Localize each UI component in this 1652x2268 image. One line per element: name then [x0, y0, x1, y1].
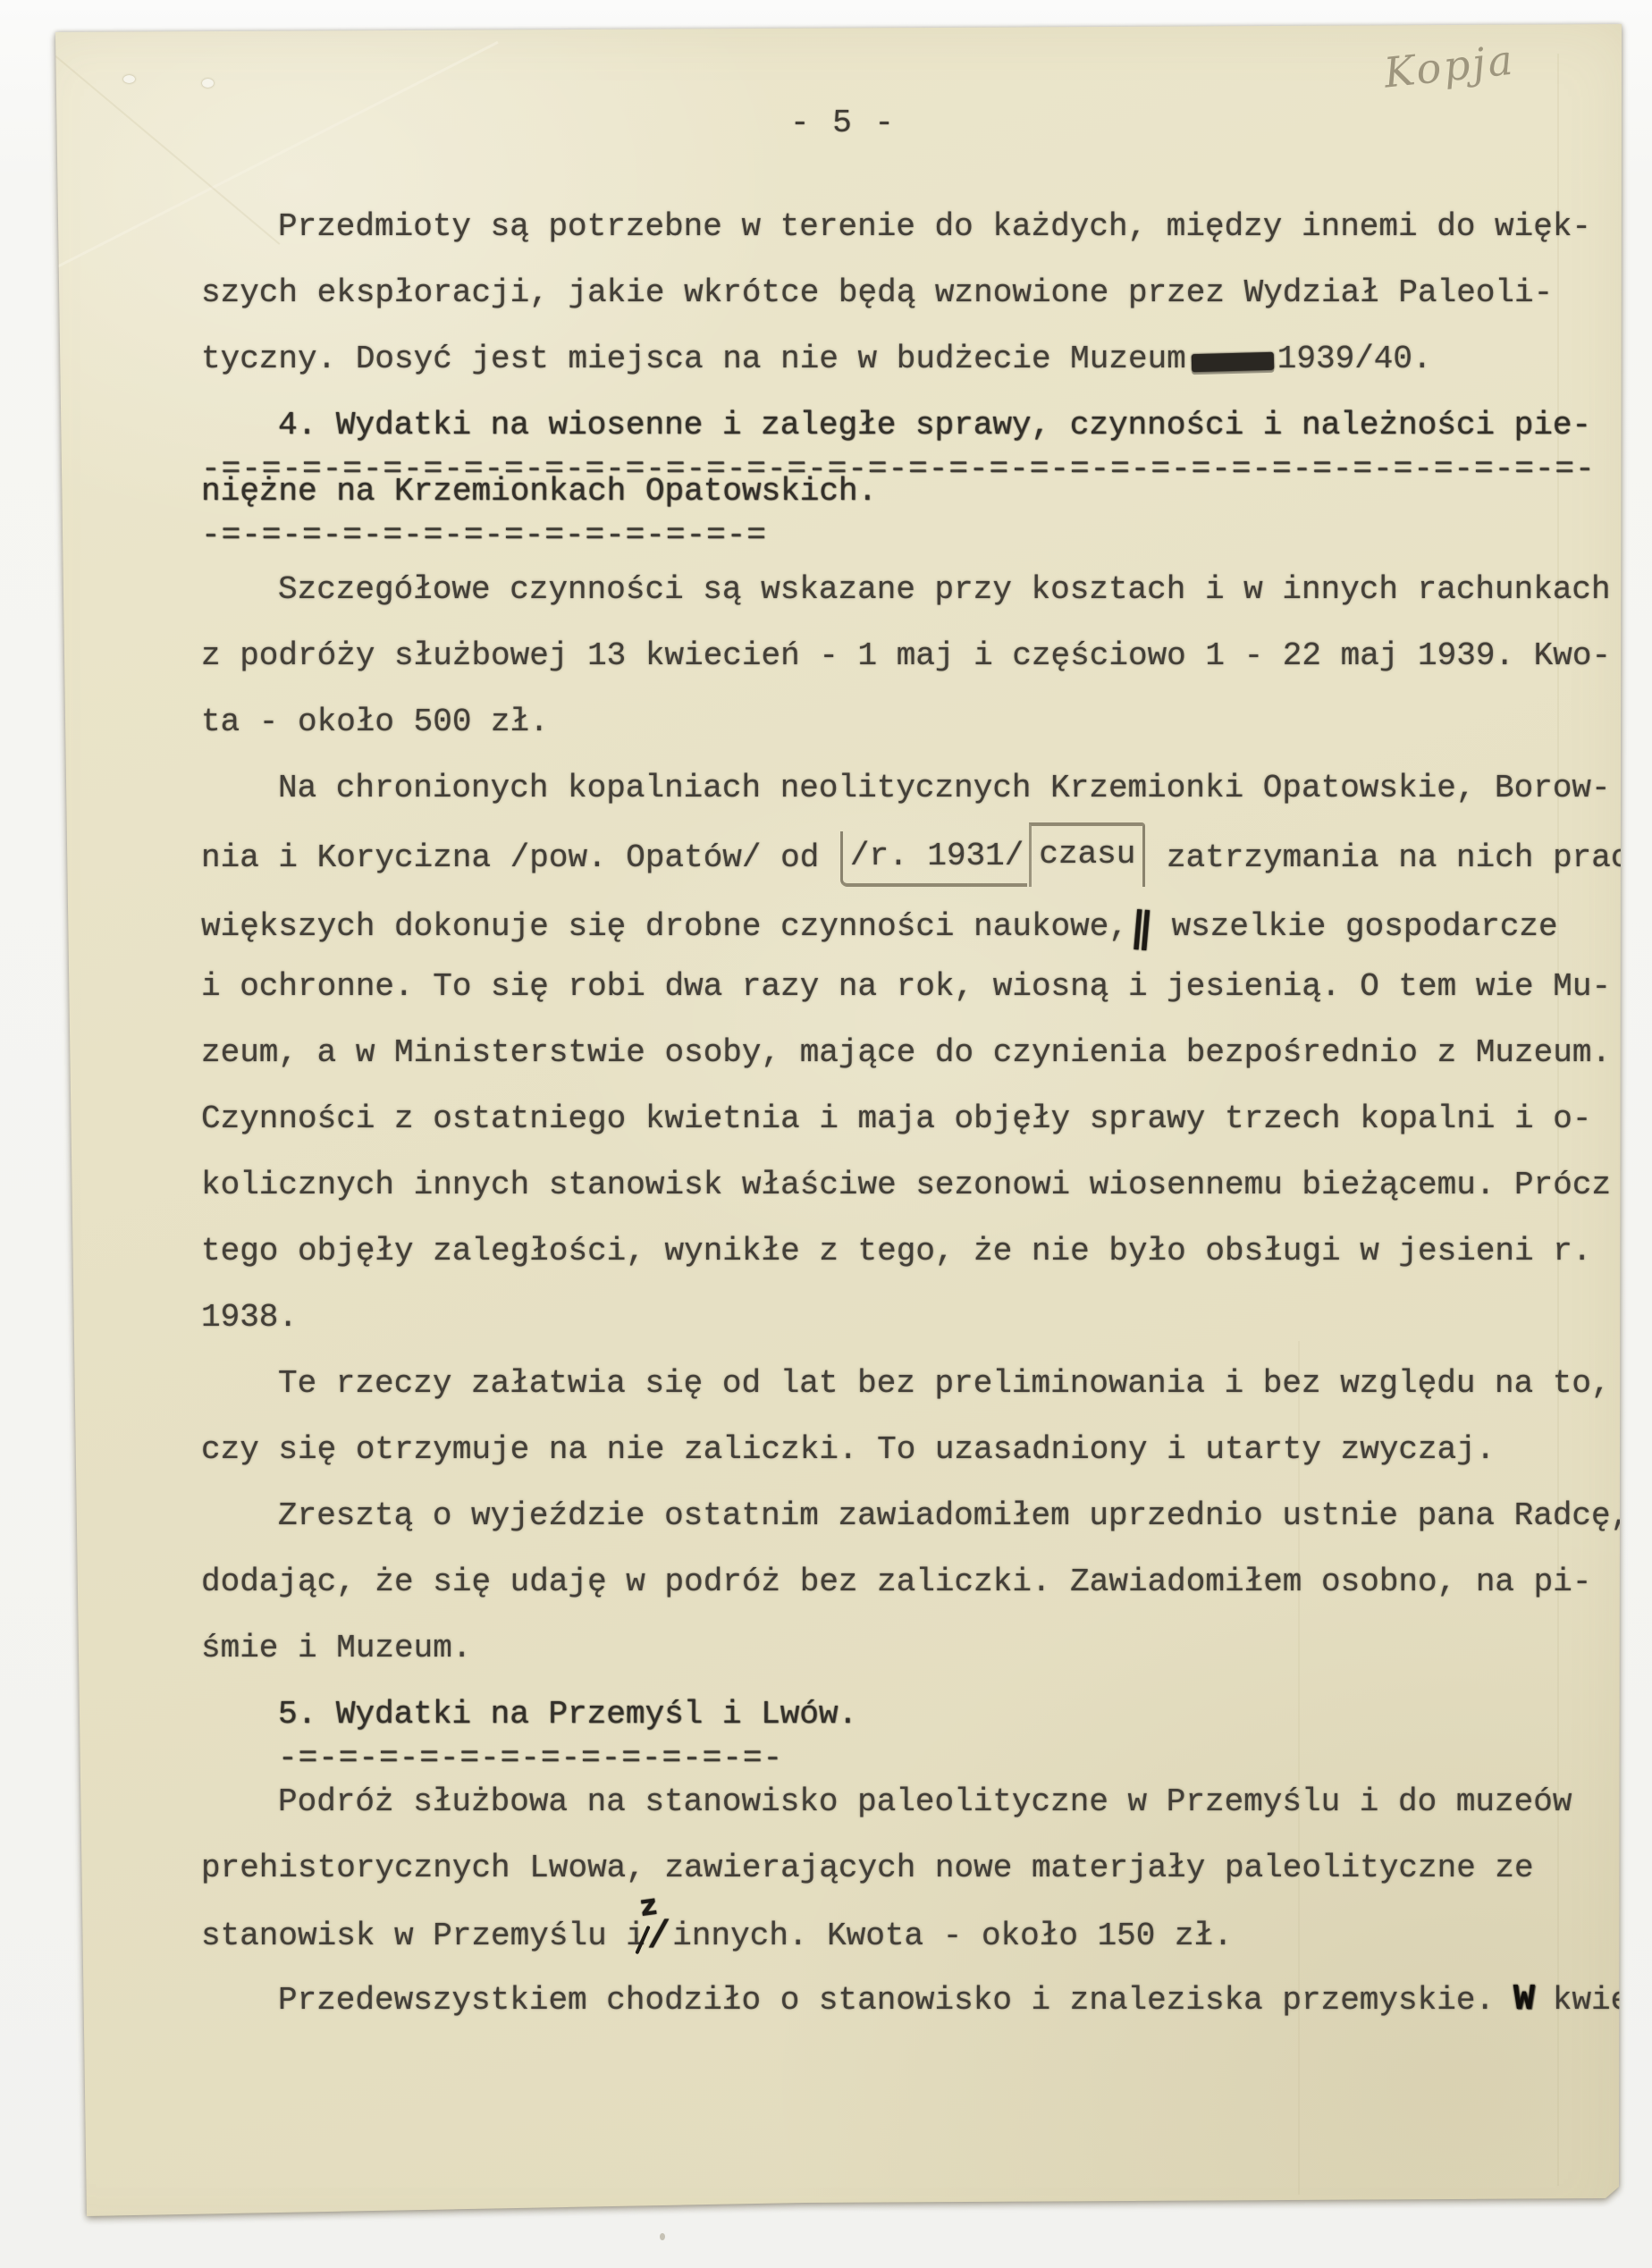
typed-text: Podróż służbowa na stanowisko paleolityc…: [278, 1783, 1572, 1820]
typed-text: większych dokonuje się drobne czynności …: [201, 908, 1128, 945]
typed-line: stanowisk w Przemyślu i/zinnych. Kwota -…: [201, 1915, 1233, 1956]
typed-line: większych dokonuje się drobne czynności …: [201, 901, 1558, 947]
typed-line: Te rzeczy załatwia się od lat bez prelim…: [201, 1364, 1611, 1404]
typed-line: ta - około 500 zł.: [201, 703, 549, 742]
typed-line: Szczegółowe czynności są wskazane przy k…: [201, 570, 1611, 610]
typed-line: kolicznych innych stanowisk właściwe sez…: [201, 1166, 1611, 1205]
typed-text: Zresztą o wyjeździe ostatnim zawiadomiłe…: [278, 1497, 1630, 1534]
typed-line: zeum, a w Ministerstwie osoby, mające do…: [201, 1033, 1611, 1073]
typed-line: Czynności z ostatniego kwietnia i maja o…: [201, 1100, 1591, 1139]
typed-line: tego objęły zaległości, wynikłe z tego, …: [201, 1232, 1591, 1271]
typed-line: Zresztą o wyjeździe ostatnim zawiadomiłe…: [201, 1497, 1630, 1536]
pencil-box-annotation: /r. 1931/: [840, 831, 1027, 887]
paper-damage-speck: [123, 75, 135, 83]
typed-text: Szczegółowe czynności są wskazane przy k…: [278, 571, 1611, 608]
typed-text: zeum, a w Ministerstwie osoby, mające do…: [201, 1034, 1611, 1071]
caret-insertion: /z: [647, 1918, 670, 1957]
typed-line: z podróży służbowej 13 kwiecień - 1 maj …: [201, 637, 1611, 676]
typed-line: i ochronne. To się robi dwa razy na rok,…: [201, 967, 1611, 1007]
typed-text: tego objęły zaległości, wynikłe z tego, …: [201, 1233, 1591, 1269]
scan-speck: [660, 2233, 665, 2240]
typed-line: szych ekspłoracji, jakie wkrótce będą wz…: [201, 274, 1553, 313]
typed-text: stanowisk w Przemyślu i: [201, 1918, 645, 1954]
typed-line: 1938.: [201, 1298, 298, 1337]
pen-insertion-mark: ∥: [1129, 906, 1150, 948]
typed-text: z podróży służbowej 13 kwiecień - 1 maj …: [201, 637, 1611, 674]
typed-text: -=-=-=-=-=-=-=-=-=-=-=-=-: [278, 1740, 783, 1776]
dashed-rule: -=-=-=-=-=-=-=-=-=-=-=-=-: [201, 1739, 783, 1778]
handwritten-insert-z: z: [638, 1890, 659, 1920]
typed-line: śmie i Muzeum.: [201, 1629, 471, 1668]
typed-line: Przedmioty są potrzebne w terenie do każ…: [201, 207, 1591, 247]
typed-text: -=-=-=-=-=-=-=-=-=-=-=-=-=-=: [201, 517, 767, 553]
scan-background: { "page": { "background_color": "#f4f4f1…: [0, 0, 1652, 2268]
typed-line: 5. Wydatki na Przemyśl i Lwów.: [201, 1695, 857, 1734]
typed-text: szych ekspłoracji, jakie wkrótce będą wz…: [201, 274, 1553, 311]
typed-line: nia i Korycizna /pow. Opatów/ od /r. 193…: [201, 835, 1630, 878]
typed-text: niężne na Krzemionkach Opatowskich.: [201, 473, 877, 510]
typed-text: Te rzeczy załatwia się od lat bez prelim…: [278, 1365, 1611, 1402]
typed-line: 4. Wydatki na wiosenne i zaległe sprawy,…: [201, 406, 1591, 445]
overwritten-letter: W: [1513, 1977, 1534, 2021]
typed-text: kolicznych innych stanowisk właściwe sez…: [201, 1167, 1611, 1203]
typed-text: zatrzymania na nich prac: [1147, 839, 1630, 876]
typed-line: dodając, że się udaję w podróż bez zalic…: [201, 1563, 1591, 1602]
typed-lines: Przedmioty są potrzebne w terenie do każ…: [201, 0, 1631, 2268]
typed-text: wszelkie gospodarcze: [1152, 908, 1558, 945]
typed-text: ta - około 500 zł.: [201, 704, 549, 740]
typed-text: Przedmioty są potrzebne w terenie do każ…: [278, 208, 1591, 245]
typed-text: czy się otrzymuje na nie zaliczki. To uz…: [201, 1431, 1495, 1468]
typed-line: czy się otrzymuje na nie zaliczki. To uz…: [201, 1430, 1495, 1470]
typed-text: innych. Kwota - około 150 zł.: [672, 1918, 1233, 1954]
typed-text: 5. Wydatki na Przemyśl i Lwów.: [278, 1696, 857, 1733]
typed-text: Przedewszystkiem chodziło o stanowisko i…: [278, 1982, 1514, 2019]
typed-text: nia i Korycizna /pow. Opatów/ od: [201, 839, 839, 876]
typed-line: Podróż służbowa na stanowisko paleolityc…: [201, 1783, 1572, 1822]
typed-line: niężne na Krzemionkach Opatowskich.: [201, 472, 877, 511]
typed-text: 1938.: [201, 1299, 298, 1336]
typed-text: i ochronne. To się robi dwa razy na rok,…: [201, 968, 1611, 1005]
typed-line: Na chronionych kopalniach neolitycznych …: [201, 769, 1611, 808]
typed-text: Czynności z ostatniego kwietnia i maja o…: [201, 1100, 1591, 1137]
typed-text: kwie: [1533, 1982, 1630, 2019]
typed-text: Na chronionych kopalniach neolitycznych …: [278, 770, 1611, 806]
pencil-box-annotation: czasu: [1029, 822, 1145, 887]
blackout-strike: [1192, 352, 1274, 372]
typed-line: Przedewszystkiem chodziło o stanowisko i…: [201, 1981, 1630, 2020]
typed-line: prehistorycznych Lwowa, zawierających no…: [201, 1849, 1534, 1888]
typed-text: tyczny. Dosyć jest miejsca na nie w budż…: [201, 341, 1186, 377]
typed-text: dodając, że się udaję w podróż bez zalic…: [201, 1564, 1591, 1600]
paper-sheet: - 5 - Kopja Przedmioty są potrzebne w te…: [0, 0, 1652, 2268]
typed-text: 4. Wydatki na wiosenne i zaległe sprawy,…: [278, 407, 1591, 443]
typed-text: prehistorycznych Lwowa, zawierających no…: [201, 1850, 1534, 1886]
typed-text: śmie i Muzeum.: [201, 1630, 471, 1666]
paper-shadow-wrap: - 5 - Kopja Przedmioty są potrzebne w te…: [0, 0, 1652, 2268]
typed-text: 1939/40.: [1277, 341, 1432, 377]
typed-line: tyczny. Dosyć jest miejsca na nie w budż…: [201, 340, 1432, 379]
dashed-rule: -=-=-=-=-=-=-=-=-=-=-=-=-=-=: [201, 516, 767, 555]
